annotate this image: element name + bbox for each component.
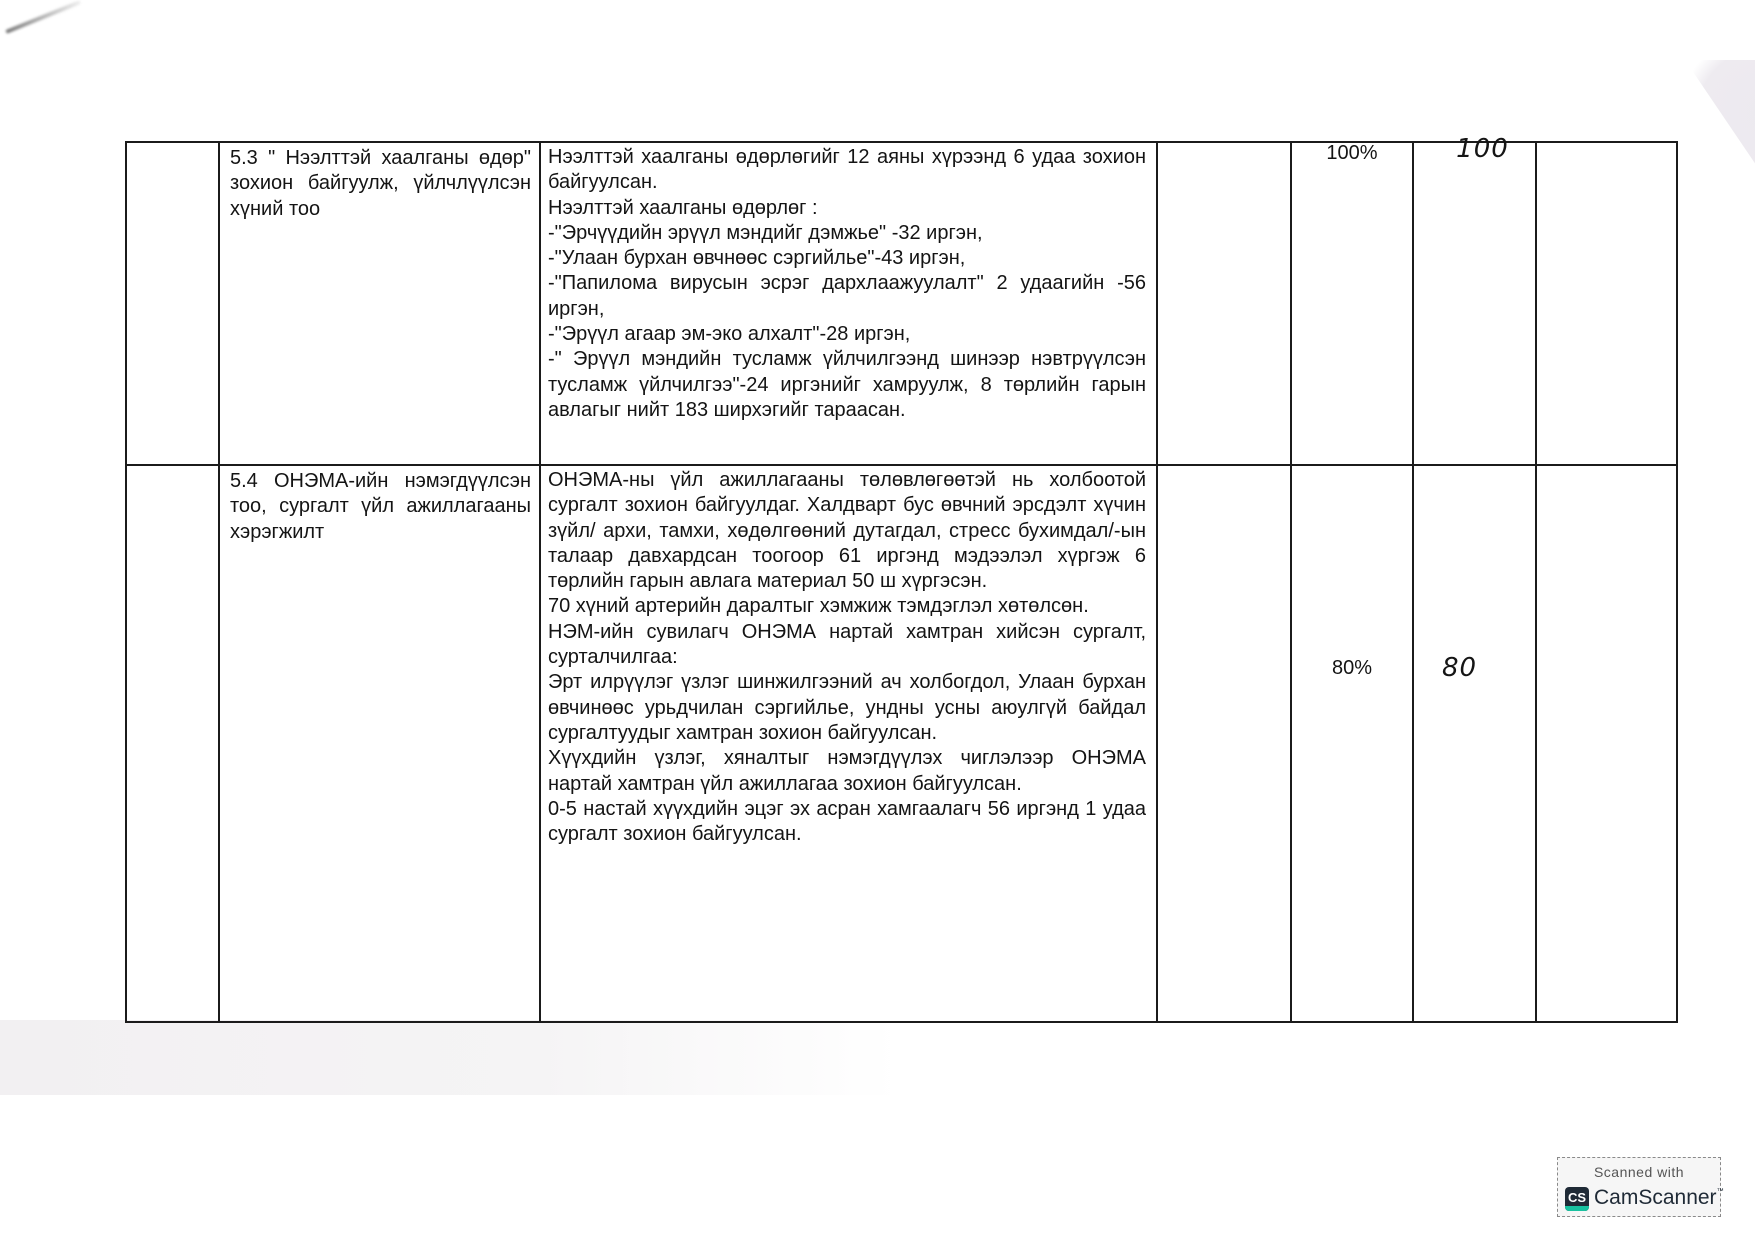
indicator-text: 5.4 ОНЭМА-ийн нэмэгдүүлсэн тоо, сургалт … [230,470,531,543]
description-paragraph: 0-5 настай хүүхдийн эцэг эх асран хамгаа… [548,797,1146,848]
description-cell: Нээлттэй хаалганы өдөрлөгийг 12 аяны хүр… [540,142,1157,465]
table-row: 5.4 ОНЭМА-ийн нэмэгдүүлсэн тоо, сургалт … [126,465,1677,1022]
scan-artifact-streak [5,0,81,34]
target-cell [1157,465,1291,1022]
row-number-cell [126,142,219,465]
description-paragraph: ОНЭМА-ны үйл ажиллагааны төлөвлөгөөтэй н… [548,468,1146,594]
camscanner-brand: CamScanner™ [1594,1186,1724,1210]
handwritten-score: 80 [1384,656,1535,681]
percent-cell: 100% [1291,142,1413,465]
table-row: 5.3 " Нээлттэй хаалганы өдөр" зохион бай… [126,142,1677,465]
percent-value: 100% [1326,142,1377,164]
scanned-with-label: Scanned with [1558,1164,1720,1180]
score-cell: 100 [1413,142,1536,465]
description-paragraph: НЭМ-ийн сувилагч ОНЭМА нартай хамтран хи… [548,620,1146,671]
description-paragraph: Нээлттэй хаалганы өдөрлөг : [548,196,1146,221]
description-paragraph: Хүүхдийн үзлэг, хяналтыг нэмэгдүүлэх чиг… [548,746,1146,797]
trademark-symbol: ™ [1717,1188,1724,1195]
handwritten-score: 100 [1456,134,1509,164]
description-paragraph: Нээлттэй хаалганы өдөрлөгийг 12 аяны хүр… [548,145,1146,196]
camscanner-logo-icon: CS [1565,1187,1589,1211]
percent-cell: 80% [1291,465,1413,1022]
indicator-cell: 5.4 ОНЭМА-ийн нэмэгдүүлсэн тоо, сургалт … [219,465,540,1022]
description-paragraph: -"Улаан бурхан өвчнөөс сэргийлье"-43 ирг… [548,246,1146,271]
scan-shadow-band [0,1020,900,1095]
indicator-cell: 5.3 " Нээлттэй хаалганы өдөр" зохион бай… [219,142,540,465]
indicator-text: 5.3 " Нээлттэй хаалганы өдөр" зохион бай… [230,147,531,220]
description-cell: ОНЭМА-ны үйл ажиллагааны төлөвлөгөөтэй н… [540,465,1157,1022]
camscanner-watermark: Scanned with CS CamScanner™ [1557,1157,1721,1217]
description-paragraph: 70 хүний артерийн даралтыг хэмжиж тэмдэг… [548,594,1146,619]
description-paragraph: Эрт илрүүлэг үзлэг шинжилгээний ач холбо… [548,670,1146,746]
description-paragraph: -" Эрүүл мэндийн тусламж үйлчилгээнд шин… [548,347,1146,423]
note-cell [1536,465,1677,1022]
note-cell [1536,142,1677,465]
page-curl-shadow [1685,60,1755,190]
row-number-cell [126,465,219,1022]
description-paragraph: -"Папилома вирусын эсрэг дархлаажуулалт"… [548,271,1146,322]
target-cell [1157,142,1291,465]
report-table: 5.3 " Нээлттэй хаалганы өдөр" зохион бай… [125,141,1678,1023]
description-paragraph: -"Эрүүл агаар эм-эко алхалт"-28 иргэн, [548,322,1146,347]
score-cell: 80 [1413,465,1536,1022]
description-paragraph: -"Эрчүүдийн эрүүл мэндийг дэмжье" -32 ир… [548,221,1146,246]
